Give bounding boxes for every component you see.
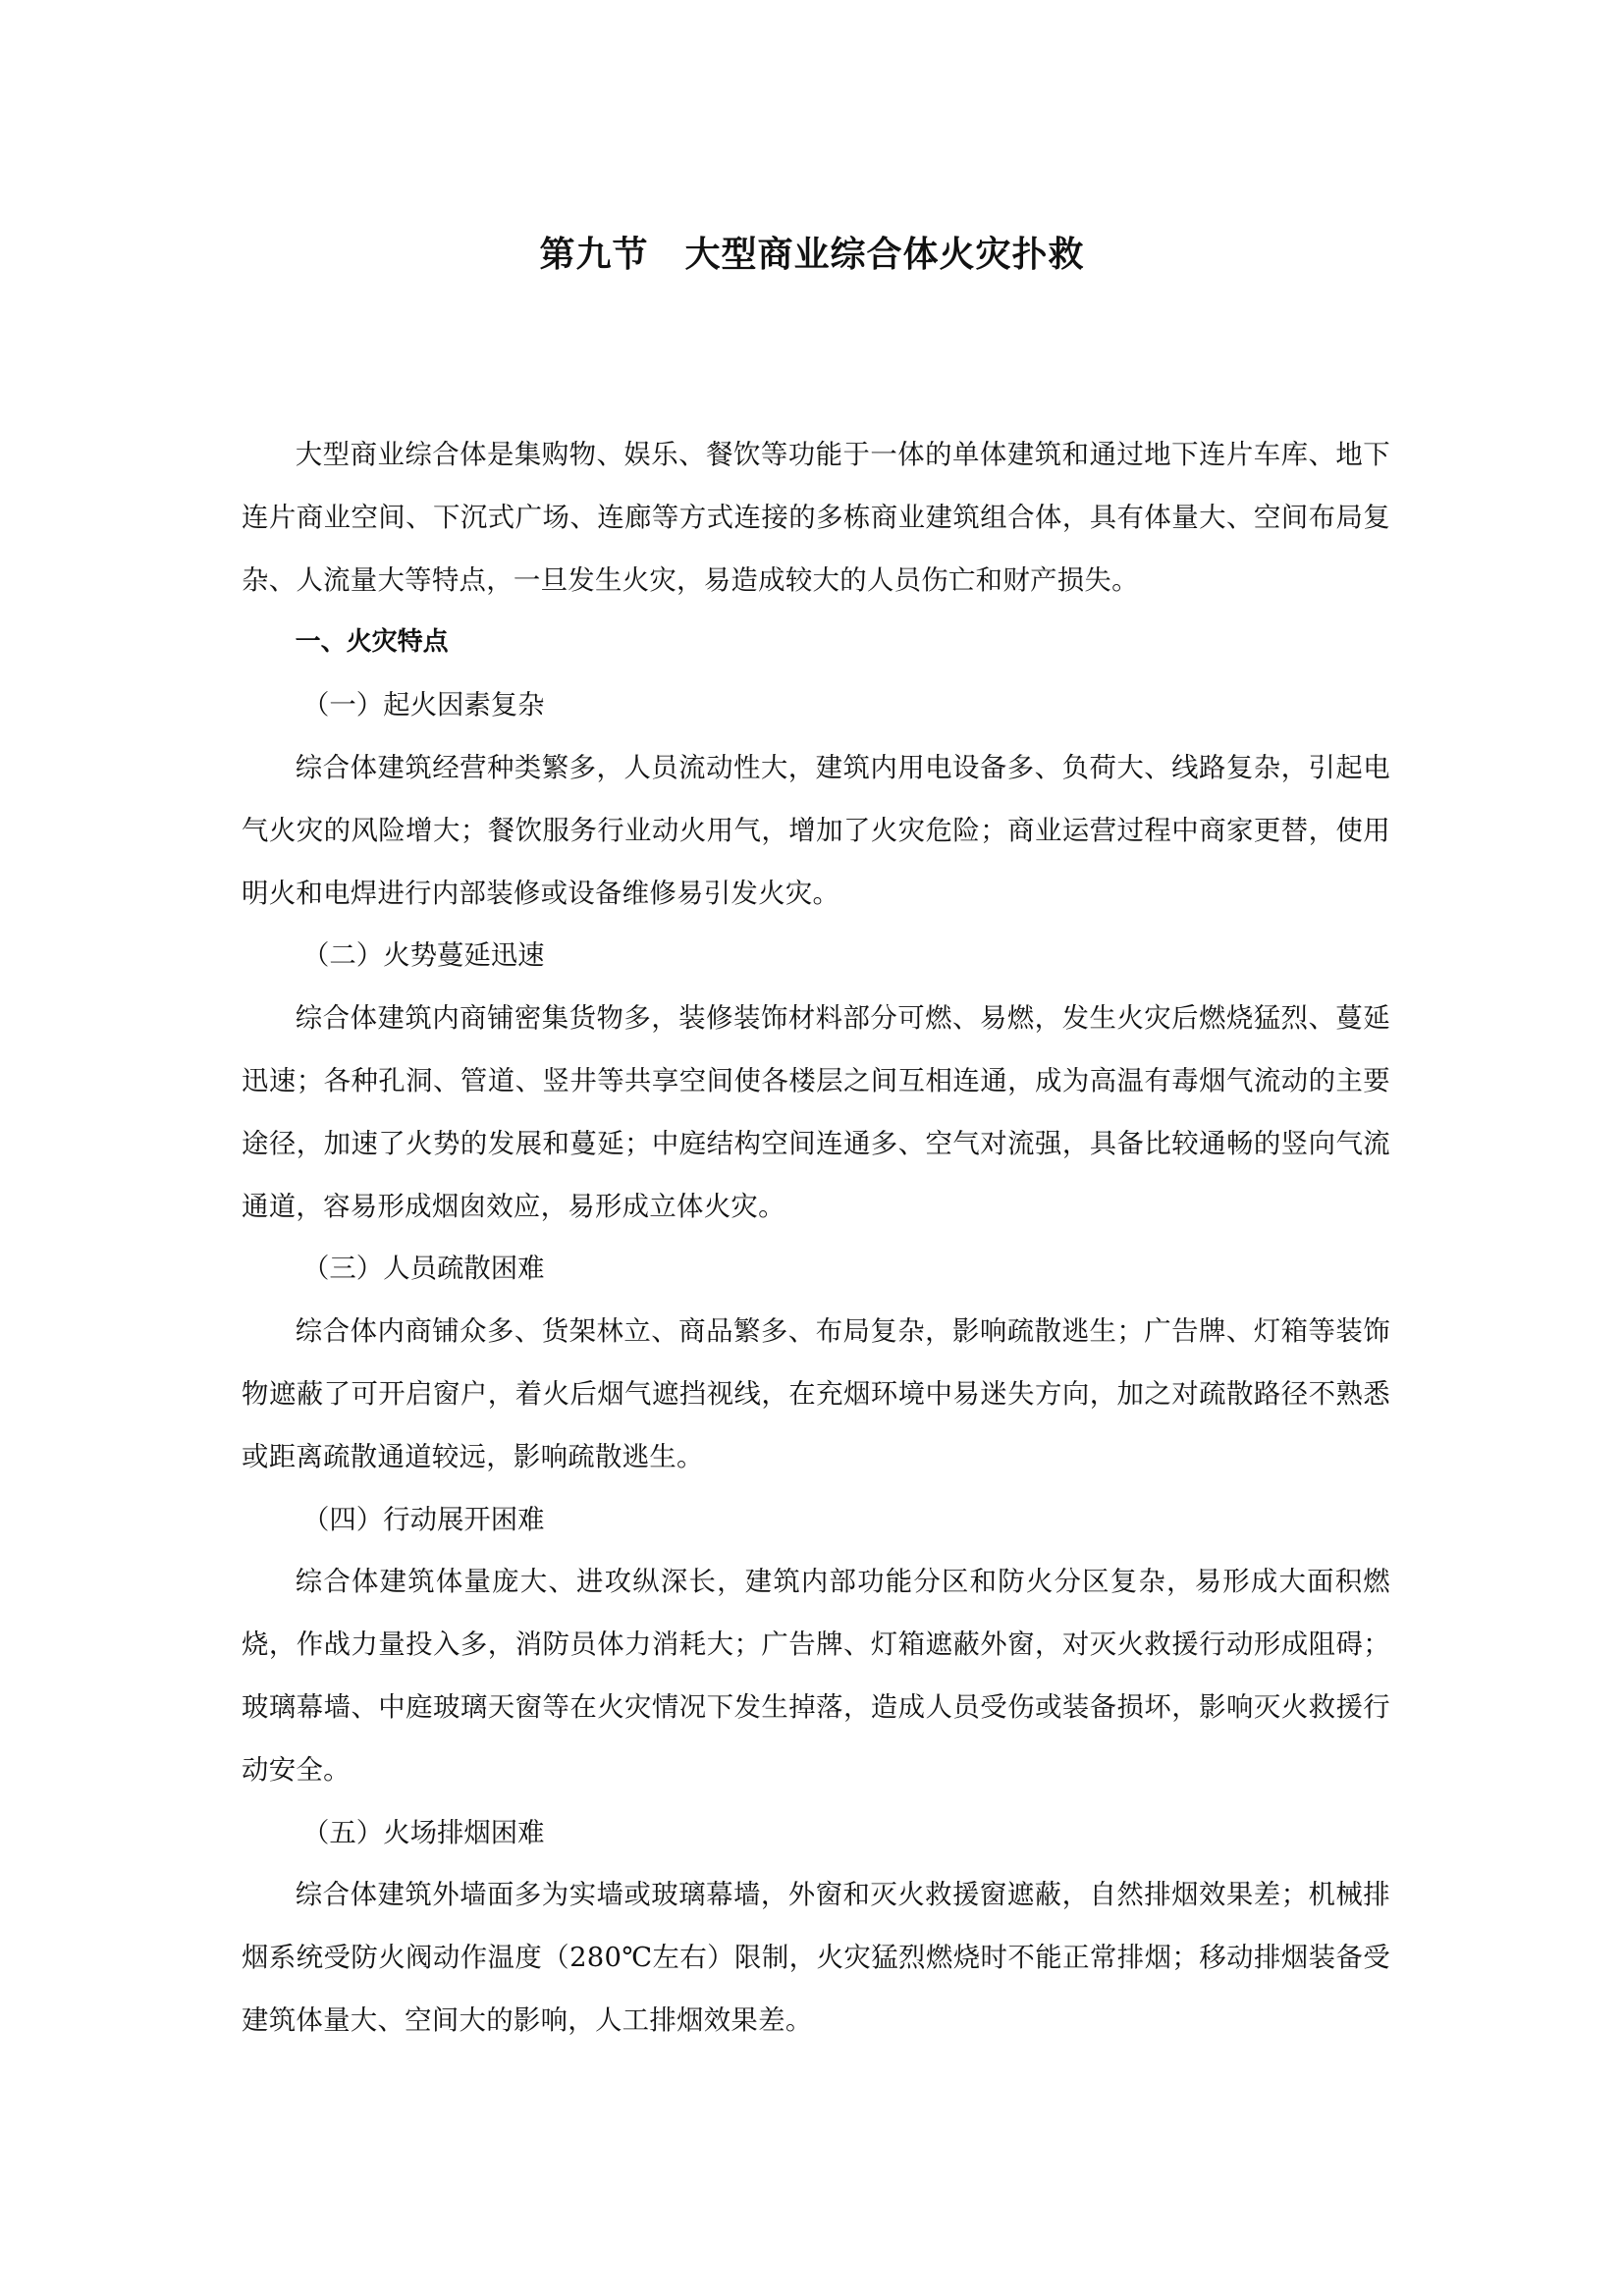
paragraph-operations: 综合体建筑体量庞大、进攻纵深长，建筑内部功能分区和防火分区复杂，易形成大面积燃烧… <box>242 1551 1390 1801</box>
paragraph-fire-spread: 综合体建筑内商铺密集货物多，装修装饰材料部分可燃、易燃，发生火灾后燃烧猛烈、蔓延… <box>242 988 1390 1238</box>
paragraph-evacuation: 综合体内商铺众多、货架林立、商品繁多、布局复杂，影响疏散逃生；广告牌、灯箱等装饰… <box>242 1301 1390 1488</box>
section-title: 第九节 大型商业综合体火灾扑救 <box>0 232 1624 279</box>
heading-fire-characteristics: 一、火灾特点 <box>242 612 1390 674</box>
paragraph-smoke-exhaust: 综合体建筑外墙面多为实墙或玻璃幕墙，外窗和灭火救援窗遮蔽，自然排烟效果差；机械排… <box>242 1864 1390 2052</box>
document-page: 第九节 大型商业综合体火灾扑救 大型商业综合体是集购物、娱乐、餐饮等功能于一体的… <box>0 0 1624 2296</box>
subheading-smoke-exhaust: （五）火场排烟困难 <box>242 1802 1390 1865</box>
subheading-operations: （四）行动展开困难 <box>242 1489 1390 1552</box>
intro-paragraph: 大型商业综合体是集购物、娱乐、餐饮等功能于一体的单体建筑和通过地下连片车库、地下… <box>242 424 1390 612</box>
subheading-fire-spread: （二）火势蔓延迅速 <box>242 925 1390 988</box>
subheading-ignition-factors: （一）起火因素复杂 <box>242 674 1390 737</box>
document-body: 大型商业综合体是集购物、娱乐、餐饮等功能于一体的单体建筑和通过地下连片车库、地下… <box>242 424 1390 2053</box>
paragraph-ignition-factors: 综合体建筑经营种类繁多，人员流动性大，建筑内用电设备多、负荷大、线路复杂，引起电… <box>242 737 1390 925</box>
subheading-evacuation: （三）人员疏散困难 <box>242 1238 1390 1301</box>
